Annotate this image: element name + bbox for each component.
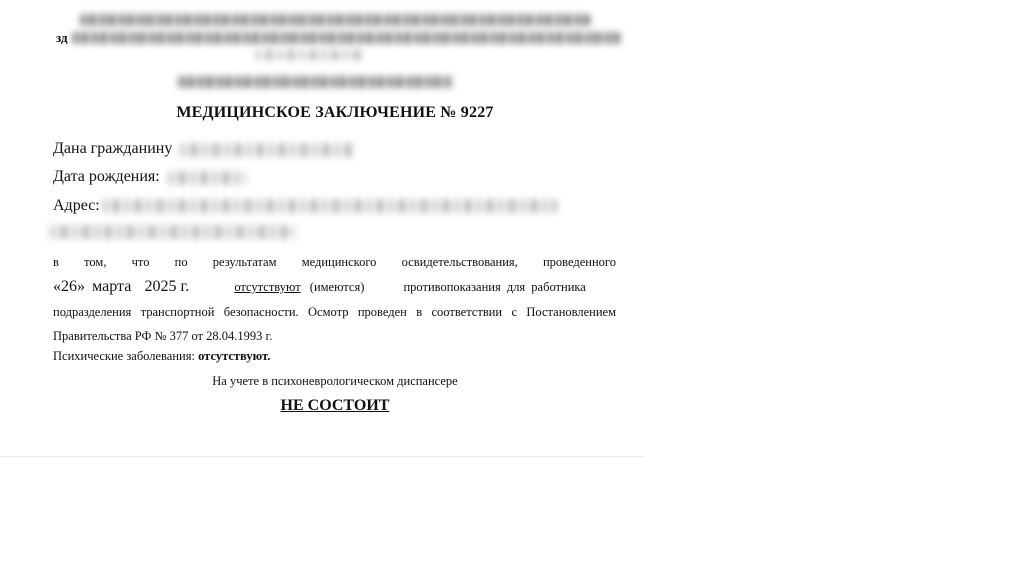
exam-date-day: «26» [53, 278, 85, 295]
mental-illness-value: отсутствуют. [198, 349, 270, 363]
field-citizen-label: Дана гражданину [53, 140, 172, 158]
redacted-citizen-name [180, 143, 355, 157]
field-address-label: Адрес: [53, 197, 100, 215]
redacted-org-line-1 [80, 14, 590, 26]
body-line-2: «26» марта 2025 г. отсутствуют (имеются)… [53, 278, 616, 296]
redacted-org-line-2 [72, 32, 620, 44]
body-line-1: в том, что по результатам медицинского о… [53, 255, 616, 270]
exam-date-year: 2025 г. [144, 278, 189, 295]
exam-date-month: марта [92, 278, 131, 295]
mental-illness-line: Психические заболевания: отсутствуют. [53, 349, 270, 364]
redacted-org-contacts [178, 76, 453, 88]
redacted-address-line-2 [50, 225, 295, 239]
contraindications-absent: отсутствуют [234, 280, 300, 294]
redacted-address-line-1 [102, 199, 557, 213]
redacted-birthdate [168, 171, 246, 185]
redacted-org-line-3 [255, 50, 365, 60]
body-line-3: подразделения транспортной безопасности.… [53, 305, 616, 320]
registry-line: На учете в психоневрологическом диспансе… [0, 374, 670, 389]
document-page: зд МЕДИЦИНСКОЕ ЗАКЛЮЧЕНИЕ № 9227 Дана гр… [0, 0, 645, 457]
mental-illness-label: Психические заболевания: [53, 349, 195, 363]
document-title: МЕДИЦИНСКОЕ ЗАКЛЮЧЕНИЕ № 9227 [0, 104, 670, 122]
body-line-4: Правительства РФ № 377 от 28.04.1993 г. [53, 329, 272, 344]
contraindications-present: (имеются) [310, 280, 365, 294]
registry-status-text: НЕ СОСТОИТ [281, 397, 390, 414]
registry-status: НЕ СОСТОИТ [0, 397, 670, 415]
contraindications-tail: противопоказания для работника [403, 280, 585, 294]
field-birthdate-label: Дата рождения: [53, 168, 160, 186]
header-fragment: зд [56, 30, 68, 46]
